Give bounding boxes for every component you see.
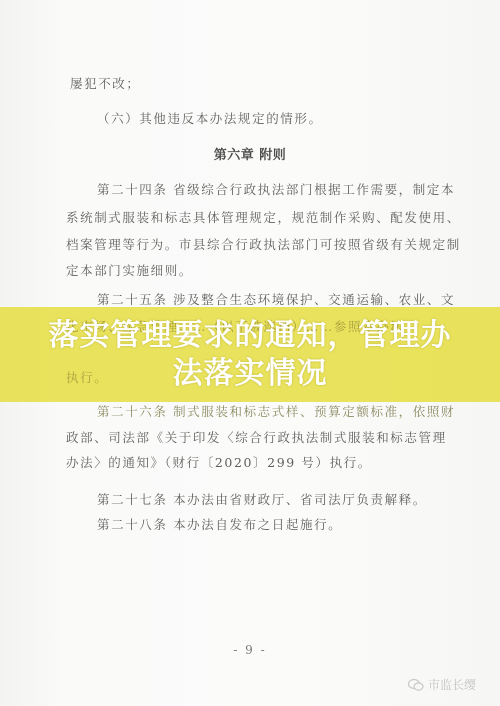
chapter-title: 第六章 附则 (0, 144, 500, 163)
text-line: 第二十五条 涉及整合生态环境保护、交通运输、农业、文 (97, 290, 455, 308)
page-number: - 9 - (0, 643, 500, 657)
text-line: 办法〉的通知》（财行〔2020〕299 号）执行。 (66, 453, 372, 471)
text-line: 屡犯不改； (70, 74, 141, 92)
text-line: 系统制式服装和标志具体管理规定，规范制作采购、配发使用、 (66, 208, 461, 226)
text-line: 第二十六条 制式服装和标志式样、预算定额标准，依照财 (97, 402, 455, 420)
article-27: 第二十七条 本办法由省财政厅、省司法厅负责解释。 (97, 490, 427, 508)
title-banner: 化市场、应急管理……（以下被遮挡）……参照本办法 执行。 落实管理要求的通知，管… (0, 307, 500, 402)
banner-title-line-1: 落实管理要求的通知，管理办 (0, 317, 500, 355)
wechat-icon (408, 678, 424, 692)
text-line: 定本部门实施细则。 (66, 261, 193, 279)
source-watermark: 市监长缨 (408, 676, 476, 693)
text-line: 档案管理等行为。市县综合行政执法部门可按照省级有关规定制 (66, 235, 461, 253)
document-page: 屡犯不改； （六）其他违反本办法规定的情形。 第六章 附则 第二十四条 省级综合… (0, 0, 500, 706)
article-28: 第二十八条 本办法自发布之日起施行。 (97, 515, 342, 533)
banner-title-line-2: 法落实情况 (0, 355, 500, 393)
text-line: （六）其他违反本办法规定的情形。 (97, 109, 323, 127)
text-line: 政部、司法部《关于印发〈综合行政执法制式服装和标志管理 (66, 428, 447, 446)
watermark-label: 市监长缨 (428, 676, 476, 693)
text-line: 第二十四条 省级综合行政执法部门根据工作需要，制定本 (97, 180, 455, 198)
